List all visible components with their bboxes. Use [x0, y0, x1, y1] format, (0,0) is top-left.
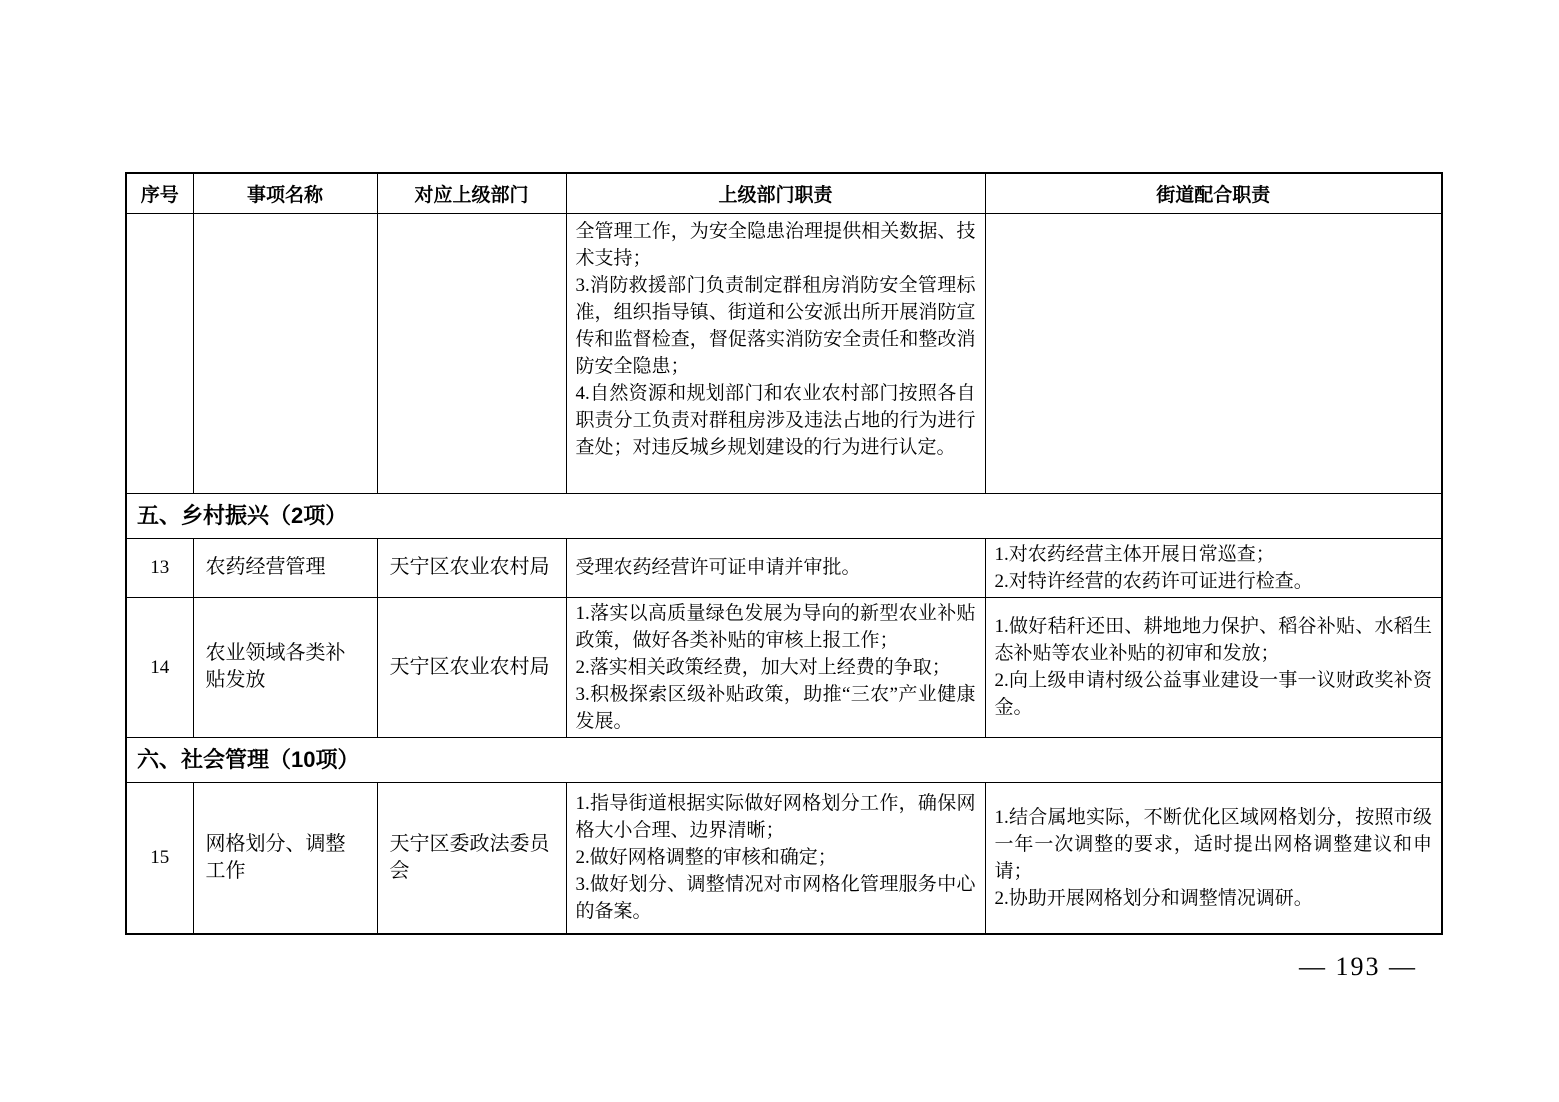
cell-superior-dept: 天宁区委政法委员会	[377, 782, 566, 934]
section-row-social-management: 六、社会管理（10项）	[126, 737, 1442, 782]
cell-superior-duties: 1.落实以高质量绿色发展为导向的新型农业补贴政策，做好各类补贴的审核上报工作； …	[566, 597, 985, 737]
table-header-row: 序号 事项名称 对应上级部门 上级部门职责 街道配合职责	[126, 173, 1442, 213]
cell-seq: 15	[126, 782, 193, 934]
cell-street-duties: 1.做好秸秆还田、耕地地力保护、稻谷补贴、水稻生态补贴等农业补贴的初审和发放； …	[985, 597, 1442, 737]
table-row-15: 15 网格划分、调整工作 天宁区委政法委员会 1.指导街道根据实际做好网格划分工…	[126, 782, 1442, 934]
cell-superior-duties: 全管理工作，为安全隐患治理提供相关数据、技术支持； 3.消防救援部门负责制定群租…	[566, 213, 985, 493]
col-header-item-name: 事项名称	[193, 173, 377, 213]
cell-item-name	[193, 213, 377, 493]
cell-seq	[126, 213, 193, 493]
cell-seq: 13	[126, 538, 193, 597]
col-header-superior-dept: 对应上级部门	[377, 173, 566, 213]
col-header-street-duties: 街道配合职责	[985, 173, 1442, 213]
section-title: 五、乡村振兴（2项）	[126, 493, 1442, 538]
cell-street-duties: 1.结合属地实际，不断优化区域网格划分，按照市级一年一次调整的要求，适时提出网格…	[985, 782, 1442, 934]
page-number: — 193 —	[1299, 952, 1417, 982]
cell-street-duties: 1.对农药经营主体开展日常巡查； 2.对特许经营的农药许可证进行检查。	[985, 538, 1442, 597]
duty-table: 序号 事项名称 对应上级部门 上级部门职责 街道配合职责 全管理工作，为安全隐患…	[125, 172, 1443, 935]
cell-street-duties	[985, 213, 1442, 493]
cell-item-name: 网格划分、调整工作	[193, 782, 377, 934]
document-page: 序号 事项名称 对应上级部门 上级部门职责 街道配合职责 全管理工作，为安全隐患…	[0, 0, 1559, 1102]
cell-superior-duties: 受理农药经营许可证申请并审批。	[566, 538, 985, 597]
section-title: 六、社会管理（10项）	[126, 737, 1442, 782]
table-row-continuation: 全管理工作，为安全隐患治理提供相关数据、技术支持； 3.消防救援部门负责制定群租…	[126, 213, 1442, 493]
section-row-rural-revitalization: 五、乡村振兴（2项）	[126, 493, 1442, 538]
cell-item-name: 农业领域各类补贴发放	[193, 597, 377, 737]
table-row-13: 13 农药经营管理 天宁区农业农村局 受理农药经营许可证申请并审批。 1.对农药…	[126, 538, 1442, 597]
cell-superior-dept: 天宁区农业农村局	[377, 538, 566, 597]
col-header-seq: 序号	[126, 173, 193, 213]
cell-superior-duties: 1.指导街道根据实际做好网格划分工作，确保网格大小合理、边界清晰； 2.做好网格…	[566, 782, 985, 934]
cell-superior-dept	[377, 213, 566, 493]
cell-superior-dept: 天宁区农业农村局	[377, 597, 566, 737]
table-row-14: 14 农业领域各类补贴发放 天宁区农业农村局 1.落实以高质量绿色发展为导向的新…	[126, 597, 1442, 737]
cell-seq: 14	[126, 597, 193, 737]
cell-item-name: 农药经营管理	[193, 538, 377, 597]
col-header-superior-duties: 上级部门职责	[566, 173, 985, 213]
